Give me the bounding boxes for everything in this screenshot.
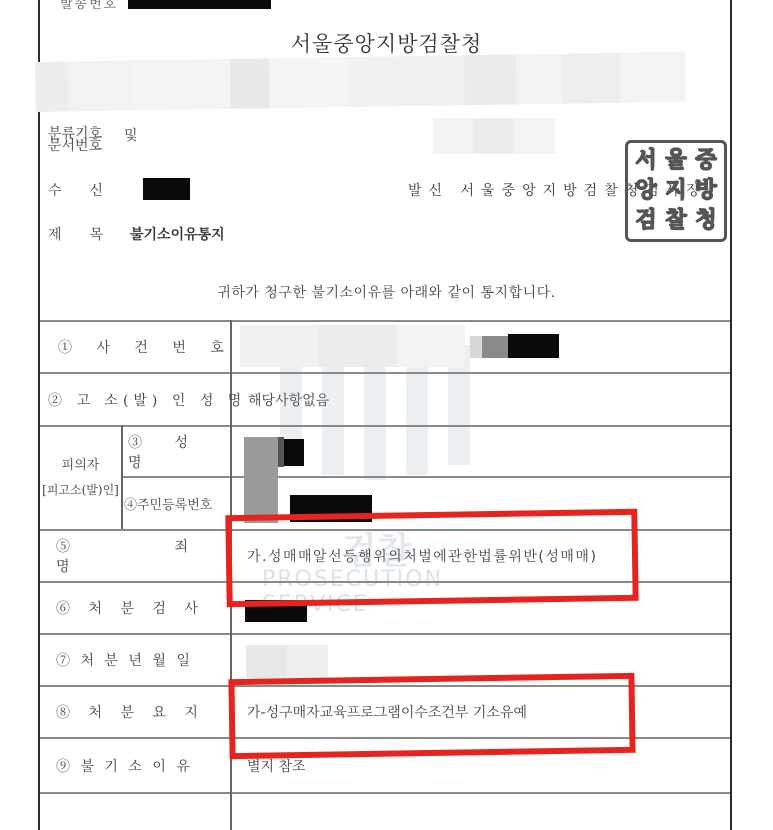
redaction-case-number	[470, 336, 482, 358]
label-resident-number: ④주민등록번호	[124, 478, 212, 529]
highlight-box-disposition	[228, 673, 635, 759]
blurred-address-band	[35, 52, 686, 112]
label-disposition-summary: ⑧ 처 분 요 지	[56, 687, 198, 737]
redaction-suspect	[244, 437, 278, 523]
notice-text: 귀하가 청구한 불기소이유를 아래와 같이 통지합니다.	[0, 282, 773, 302]
blurred-case-number	[240, 325, 465, 367]
label-charge: ⑤ 죄 명	[56, 531, 216, 581]
blurred-doc-number	[433, 118, 555, 154]
official-seal-icon: 서 울 중 앙 지 방 검 찰 청	[625, 140, 727, 242]
send-number-label: 발송번호	[60, 0, 118, 12]
label-case-number: ① 사 건 번 호	[58, 322, 234, 372]
blurred-disposition-date	[246, 645, 328, 678]
label-complainant-name: ② 고 소(발) 인 성 명	[48, 374, 246, 425]
page-border-left	[38, 0, 40, 830]
redaction-case-number	[482, 336, 508, 358]
label-prosecutor: ⑥ 처 분 검 사	[56, 583, 198, 633]
label-suspect-group: 피의자 [피고소(발)인]	[40, 427, 121, 529]
redaction-send-number	[128, 0, 271, 9]
subject-value: 불기소이유통지	[130, 224, 225, 244]
redaction-suspect	[284, 439, 304, 466]
classification-label: 분류기호 문서번호 및	[48, 128, 102, 152]
page-border-right	[730, 0, 732, 830]
value-complainant-name: 해당사항없음	[248, 374, 329, 425]
recipient-label: 수신	[48, 180, 131, 200]
subject-label: 제목	[48, 224, 131, 244]
label-non-prosecution-reason: ⑨ 불 기 소 이 유	[56, 739, 190, 792]
row-divider	[40, 792, 730, 794]
redaction-case-number	[508, 334, 559, 358]
label-disposition-date: ⑦ 처 분 년 월 일	[56, 635, 190, 685]
highlight-box-charge	[225, 509, 638, 607]
label-suspect-name: ③ 성 명	[128, 427, 222, 476]
subcolumn-divider	[121, 425, 123, 529]
redaction-recipient	[143, 178, 190, 200]
